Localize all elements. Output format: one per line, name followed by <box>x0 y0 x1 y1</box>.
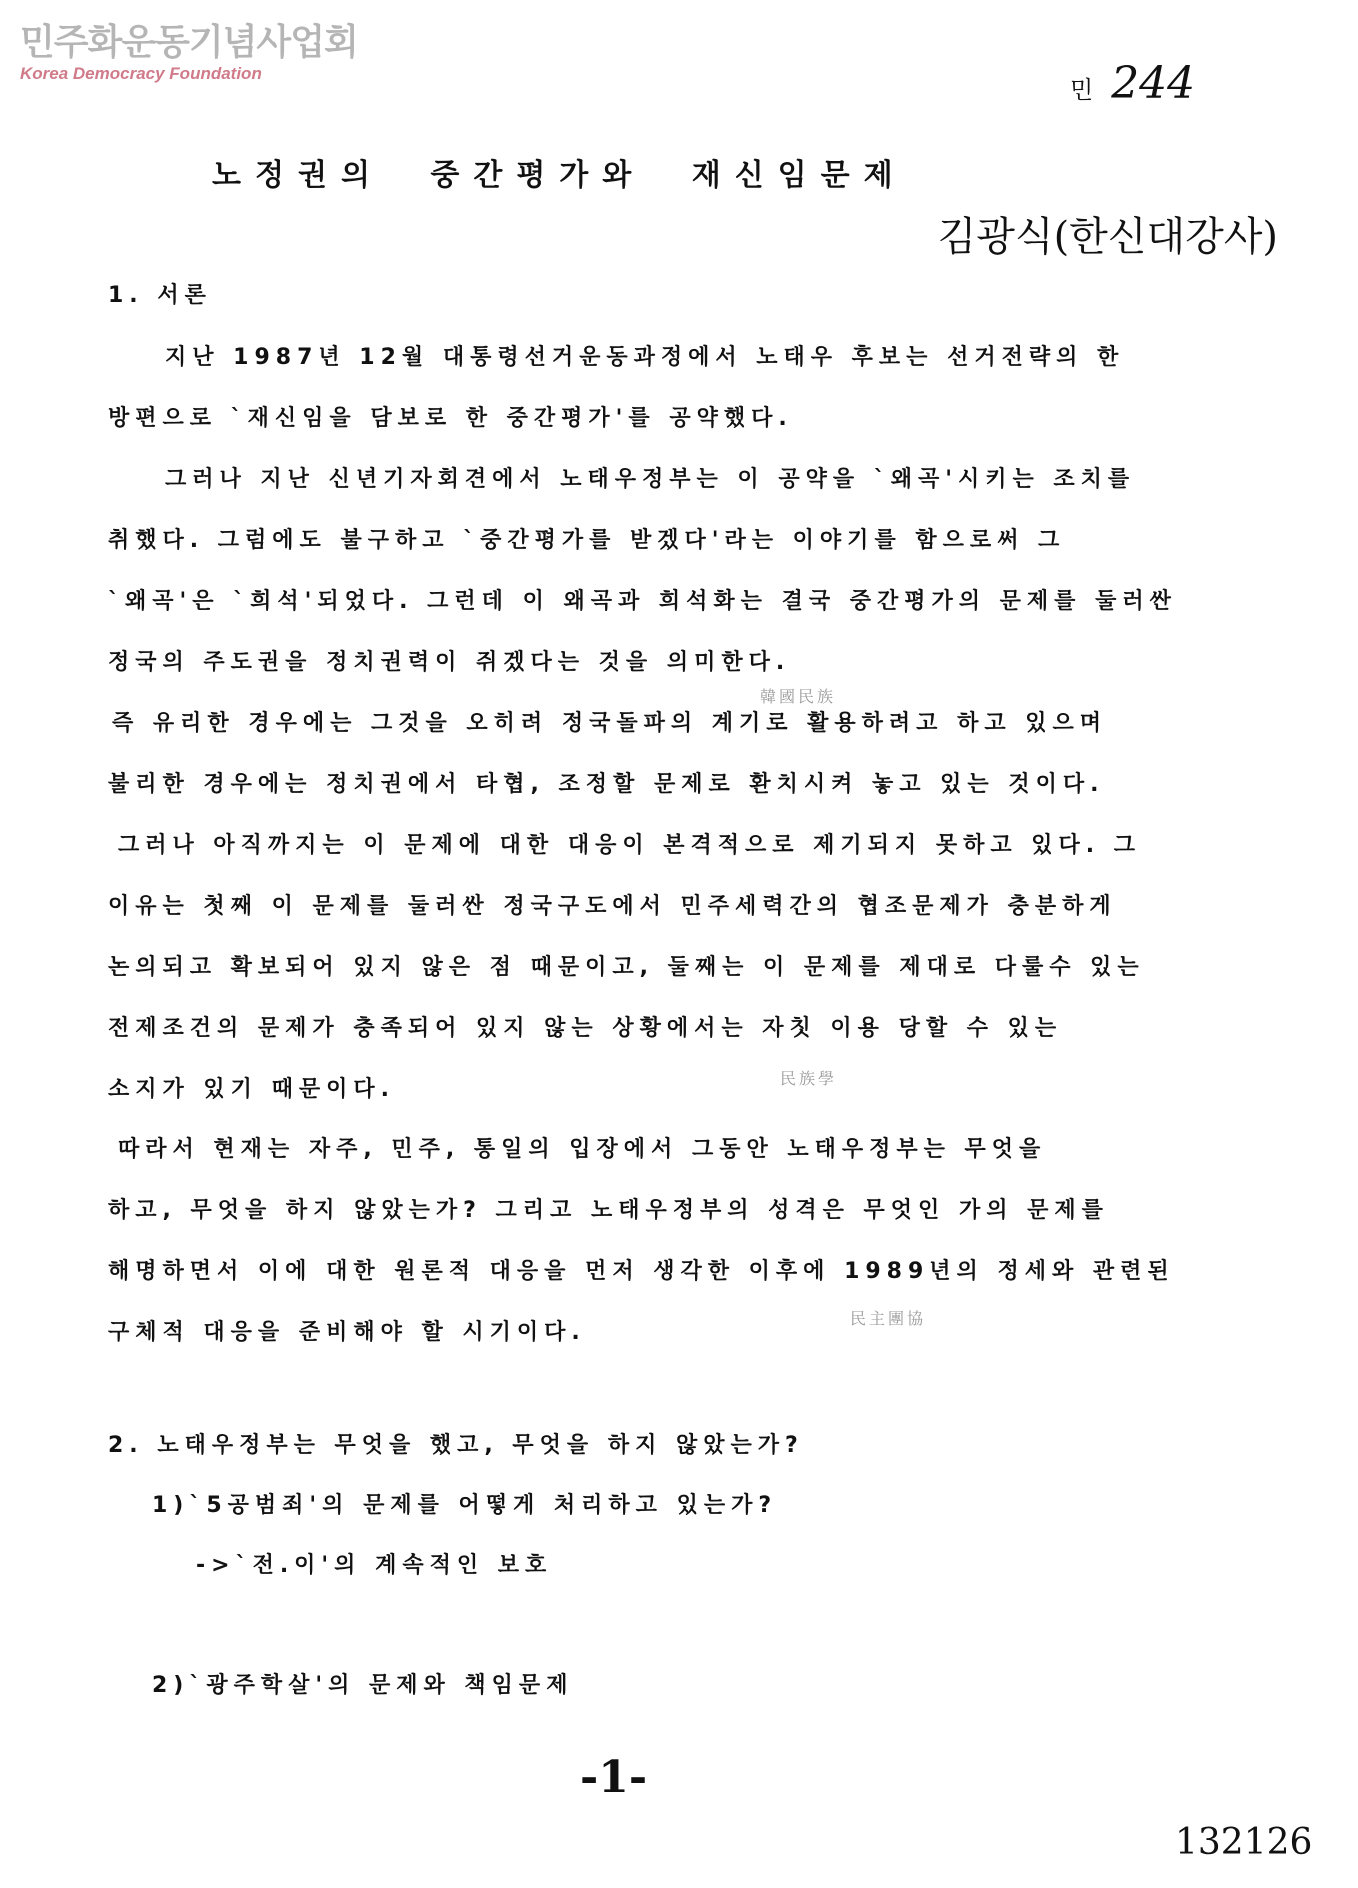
body-line: 불리한 경우에는 정치권에서 타협, 조정할 문제로 환치시켜 놓고 있는 것이… <box>108 767 1104 798</box>
document-title: 노정권의 중간평가와 재신임문제 <box>212 150 1112 194</box>
stamp-artifact: 韓國民族 <box>760 684 836 707</box>
archive-number: 132126 <box>1175 1822 1312 1863</box>
section2-heading: 2. 노태우정부는 무엇을 했고, 무엇을 하지 않았는가? <box>108 1428 804 1459</box>
section2-subitem: ->`전.이'의 계속적인 보호 <box>196 1548 552 1579</box>
body-line: 해명하면서 이에 대한 원론적 대응을 먼저 생각한 이후에 1989년의 정세… <box>108 1254 1175 1285</box>
watermark-english: Korea Democracy Foundation <box>20 64 358 84</box>
body-line: 전제조건의 문제가 충족되어 있지 않는 상황에서는 자칫 이용 당할 수 있는 <box>108 1011 1062 1042</box>
section2-item: 2)`광주학살'의 문제와 책임문제 <box>152 1668 573 1699</box>
body-line: 정국의 주도권을 정치권력이 쥐겠다는 것을 의미한다. <box>108 645 790 676</box>
handwritten-author: 김광식(한신대강사) <box>938 205 1278 262</box>
section2-item: 1)`5공범죄'의 문제를 어떻게 처리하고 있는가? <box>152 1488 777 1519</box>
watermark-korean: 민주화운동기념사업회 <box>20 22 358 62</box>
stamp-artifact: 民主團協 <box>850 1306 926 1329</box>
body-line: 지난 1987년 12월 대통령선거운동과정에서 노태우 후보는 선거전략의 한 <box>165 340 1124 371</box>
body-line: 구체적 대응을 준비해야 할 시기이다. <box>108 1315 586 1346</box>
body-line: `왜곡'은 `희석'되었다. 그런데 이 왜곡과 희석화는 결국 중간평가의 문… <box>108 584 1177 615</box>
foundation-watermark: 민주화운동기념사업회 Korea Democracy Foundation <box>20 22 358 84</box>
doc-id-number: 244 <box>1111 58 1195 109</box>
body-line: 논의되고 확보되어 있지 않은 점 때문이고, 둘째는 이 문제를 제대로 다룰… <box>108 950 1145 981</box>
body-line: 따라서 현재는 자주, 민주, 통일의 입장에서 그동안 노태우정부는 무엇을 <box>118 1132 1046 1163</box>
body-line: 그러나 아직까지는 이 문제에 대한 대응이 본격적으로 제기되지 못하고 있다… <box>118 828 1141 859</box>
body-line: 하고, 무엇을 하지 않았는가? 그리고 노태우정부의 성격은 무엇인 가의 문… <box>108 1193 1109 1224</box>
body-line: 이유는 첫째 이 문제를 둘러싼 정국구도에서 민주세력간의 협조문제가 충분하… <box>108 889 1117 920</box>
section1-heading: 1. 서론 <box>108 278 212 309</box>
body-line: 방편으로 `재신임을 담보로 한 중간평가'를 공약했다. <box>108 401 793 432</box>
body-line: 즉 유리한 경우에는 그것을 오히려 정국돌파의 계기로 활용하려고 하고 있으… <box>112 706 1107 737</box>
body-line: 그러나 지난 신년기자회견에서 노태우정부는 이 공약을 `왜곡'시키는 조치를 <box>165 462 1135 493</box>
body-line: 취했다. 그럼에도 불구하고 `중간평가를 받겠다'라는 이야기를 함으로써 그 <box>108 523 1065 554</box>
handwritten-doc-id: 민244 <box>1070 58 1195 109</box>
doc-id-prefix: 민 <box>1070 76 1093 104</box>
body-line: 소지가 있기 때문이다. <box>108 1072 395 1103</box>
page-number: -1- <box>580 1752 647 1803</box>
stamp-artifact: 民族學 <box>780 1066 837 1089</box>
